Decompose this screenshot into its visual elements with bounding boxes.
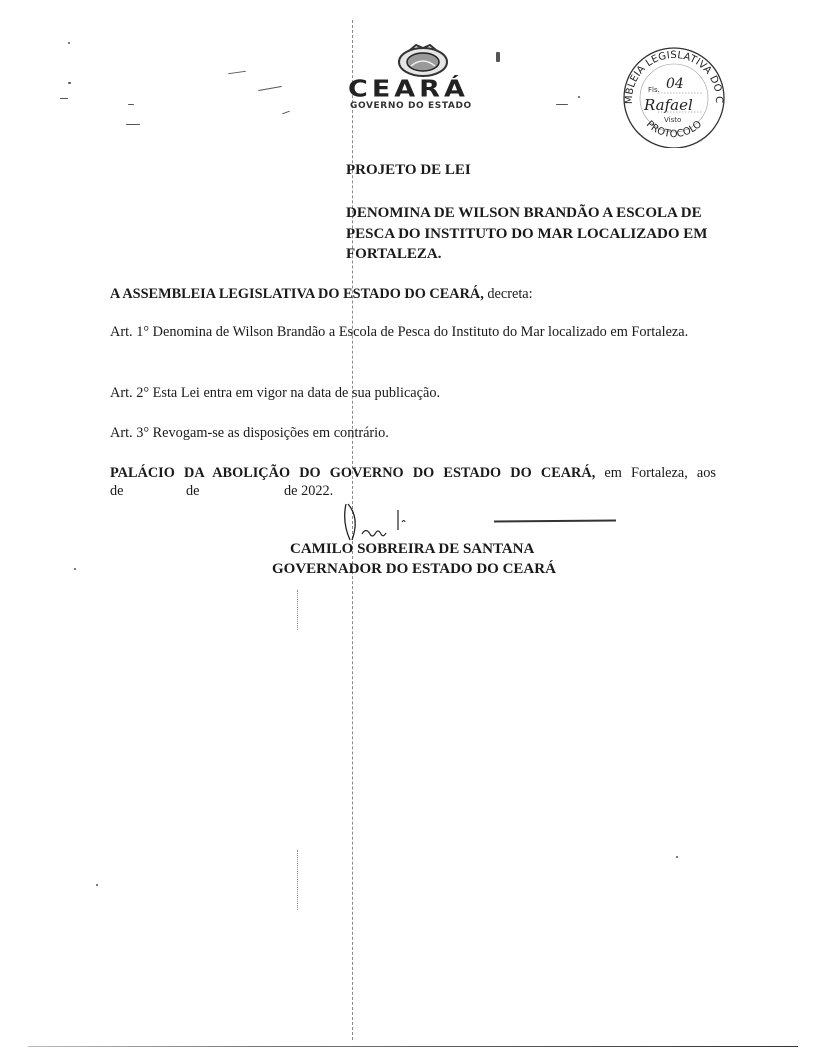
closing-line: PALÁCIO DA ABOLIÇÃO DO GOVERNO DO ESTADO…	[110, 464, 716, 483]
signer-role: GOVERNADOR DO ESTADO DO CEARÁ	[272, 561, 556, 578]
scan-speck	[74, 568, 76, 570]
article-1: Art. 1° Denomina de Wilson Brandão a Esc…	[110, 323, 716, 342]
scan-speck	[297, 850, 298, 910]
logo-wordmark: CEARÁ	[348, 76, 469, 102]
preamble-bold: A ASSEMBLEIA LEGISLATIVA DO ESTADO DO CE…	[110, 286, 484, 302]
signer-name: CAMILO SOBREIRA DE SANTANA	[290, 541, 534, 558]
scan-speck	[556, 104, 568, 105]
closing-bold: PALÁCIO DA ABOLIÇÃO DO GOVERNO DO ESTADO…	[110, 465, 595, 481]
scan-speck	[676, 856, 678, 858]
scan-speck	[258, 86, 282, 91]
preamble-rest: decreta:	[484, 286, 533, 302]
stamp-fls-value: 04	[666, 76, 684, 92]
stamp-signature: Rafael	[643, 96, 693, 114]
date-part: de 2022.	[284, 483, 333, 500]
document-ementa: DENOMINA DE WILSON BRANDÃO A ESCOLA DE P…	[346, 203, 726, 265]
scan-speck	[282, 111, 290, 115]
scan-speck	[297, 590, 298, 630]
scan-speck	[68, 82, 71, 84]
scan-speck	[578, 96, 580, 98]
scan-speck	[496, 52, 500, 62]
date-part: de	[186, 483, 200, 500]
document-title: PROJETO DE LEI	[346, 162, 471, 179]
scan-speck	[68, 42, 70, 44]
preamble: A ASSEMBLEIA LEGISLATIVA DO ESTADO DO CE…	[110, 285, 716, 304]
protocol-stamp: ASSEMBLEIA LEGISLATIVA DO CEARÁ PROTOCOL…	[618, 44, 730, 148]
logo-subtitle: GOVERNO DO ESTADO	[350, 101, 472, 111]
date-part: de	[110, 483, 124, 500]
signature-line	[494, 519, 616, 522]
page-bottom-edge	[28, 1046, 798, 1047]
scan-speck	[228, 71, 246, 74]
handwritten-signature	[340, 500, 420, 544]
scan-speck	[96, 884, 98, 886]
article-3: Art. 3° Revogam-se as disposições em con…	[110, 424, 716, 443]
scan-speck	[128, 104, 134, 105]
scan-speck	[60, 98, 68, 99]
article-2: Art. 2° Esta Lei entra em vigor na data …	[110, 384, 716, 403]
stamp-visto-label: Visto	[664, 116, 681, 124]
closing-rest: em Fortaleza, aos	[595, 465, 716, 481]
scan-speck	[126, 124, 140, 125]
coat-of-arms-icon	[396, 44, 450, 78]
